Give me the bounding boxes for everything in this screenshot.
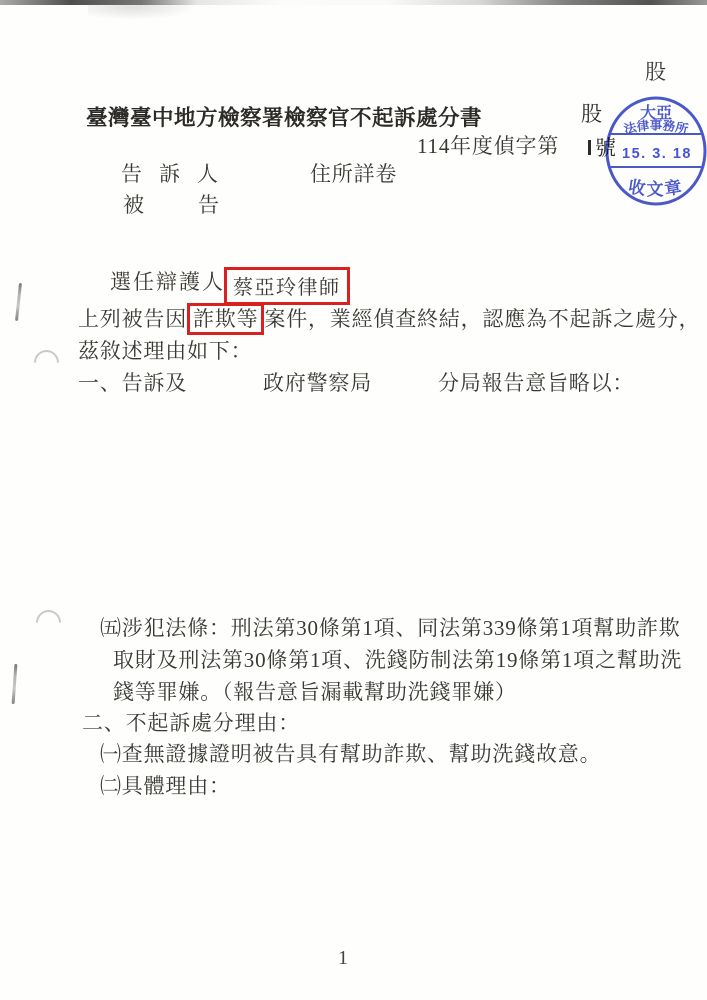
intro-line: 上列被告因詐欺等案件，業經偵查終結，認應為不起訴之處分， [78,303,700,335]
punch-hole-mark [31,605,66,640]
item5-line2: 取財及刑法第30條第1項、洗錢防制法第19條第1項之幫助洗 [113,647,682,673]
section2-item2: ㈡具體理由： [100,773,231,799]
counsel-name-highlight: 蔡亞玲律師 [224,267,350,305]
section2-heading: 二、不起訴處分理由： [82,710,300,736]
section1-part-b: 政府警察局 [263,370,372,396]
intro-prefix: 上列被告因 [78,307,187,331]
case-number-mark [588,140,591,155]
assignment-stamp-label: 股 [581,101,603,127]
section1-part-a: 一、告訴及 [78,370,187,396]
item5-line1: ㈤涉犯法條：刑法第30條第1項、同法第339條第1項幫助詐欺 [100,615,681,641]
section2-item1: ㈠查無證據證明被告具有幫助詐欺、幫助洗錢故意。 [100,741,601,767]
defendant-label: 被告 [123,192,273,218]
complainant-address-note: 住所詳卷 [310,161,397,187]
staple-mark [15,283,22,321]
intro-continuation: 茲敘述理由如下： [78,338,252,364]
crime-type-highlight: 詐欺等 [187,303,264,335]
stamp-date: 15. 3. 18 [622,146,692,162]
case-number-prefix: 114年度偵字第 [417,133,559,159]
law-firm-receipt-stamp: 大亞 法律事務所 15. 3. 18 收文章 [604,95,707,209]
scan-smudge [88,4,198,20]
item5-line3: 錢等罪嫌。（報告意旨漏載幫助洗錢罪嫌） [113,679,517,705]
punch-hole-mark [29,345,64,380]
scanned-document-page: 股 臺灣臺中地方檢察署檢察官不起訴處分書 114年度偵字第 號 股 告訴人 住所… [0,0,707,1000]
section1-part-c: 分局報告意旨略以： [438,370,634,396]
counsel-label: 選任辯護人 [110,270,225,294]
stamp-receipt-text: 收文章 [627,176,685,199]
svg-text:收文章: 收文章 [627,176,685,199]
document-title: 臺灣臺中地方檢察署檢察官不起訴處分書 [86,101,482,132]
intro-suffix: 案件，業經偵查終結，認應為不起訴之處分， [264,307,700,331]
staple-mark [12,664,18,704]
assignment-section-label: 股 [645,59,667,85]
page-number: 1 [338,947,348,970]
complainant-label: 告訴人 [121,161,235,187]
